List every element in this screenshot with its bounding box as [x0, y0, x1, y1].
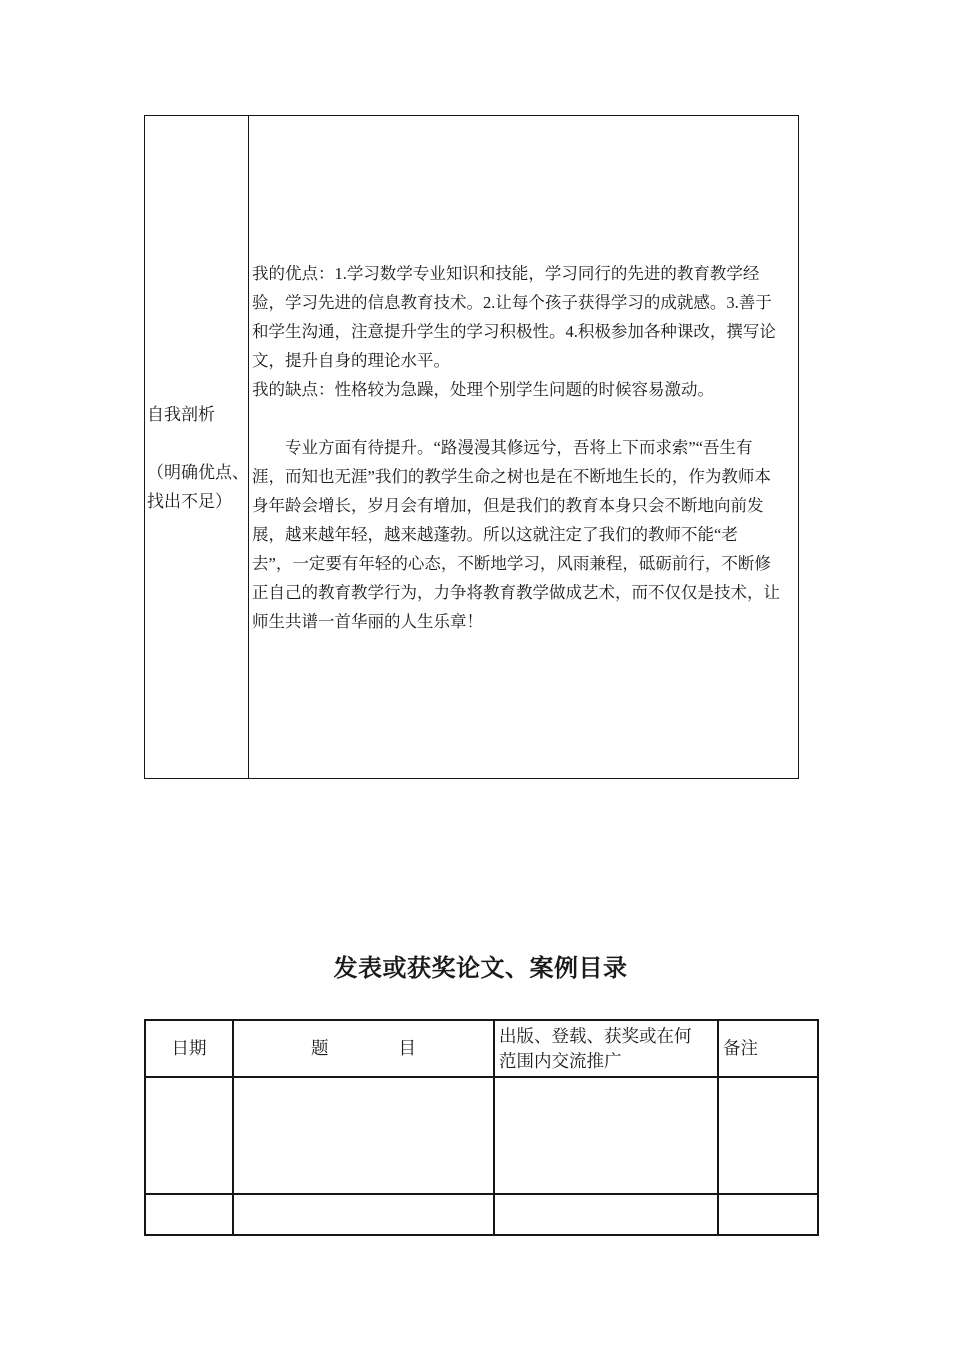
cell-publication-scope — [494, 1194, 718, 1235]
publications-table: 日期 题 目 出版、登载、获奖或在何 范围内交流推广 备注 — [144, 1019, 819, 1236]
cell-publication-scope — [494, 1077, 718, 1194]
cell-remarks — [718, 1077, 818, 1194]
self-analysis-table: 自我剖析 （明确优点、 找出不足） 我的优点：1.学习数学专业知识和技能，学习同… — [144, 115, 799, 779]
header-remarks: 备注 — [718, 1020, 818, 1077]
cell-title — [233, 1194, 494, 1235]
header-date: 日期 — [145, 1020, 233, 1077]
publications-row — [145, 1077, 818, 1194]
header-publication-scope: 出版、登载、获奖或在何 范围内交流推广 — [494, 1020, 718, 1077]
self-analysis-content: 我的优点：1.学习数学专业知识和技能，学习同行的先进的教育教学经 验，学习先进的… — [252, 259, 794, 636]
publications-header-row: 日期 题 目 出版、登载、获奖或在何 范围内交流推广 备注 — [145, 1020, 818, 1077]
publications-section-title: 发表或获奖论文、案例目录 — [144, 951, 817, 987]
header-title: 题 目 — [233, 1020, 494, 1077]
cell-date — [145, 1194, 233, 1235]
self-analysis-label-cell: 自我剖析 （明确优点、 找出不足） — [145, 116, 249, 778]
self-analysis-label: 自我剖析 （明确优点、 找出不足） — [147, 400, 248, 516]
cell-date — [145, 1077, 233, 1194]
document-page: 自我剖析 （明确优点、 找出不足） 我的优点：1.学习数学专业知识和技能，学习同… — [0, 0, 960, 1357]
cell-remarks — [718, 1194, 818, 1235]
cell-title — [233, 1077, 494, 1194]
publications-row — [145, 1194, 818, 1235]
self-analysis-content-cell: 我的优点：1.学习数学专业知识和技能，学习同行的先进的教育教学经 验，学习先进的… — [249, 116, 798, 778]
